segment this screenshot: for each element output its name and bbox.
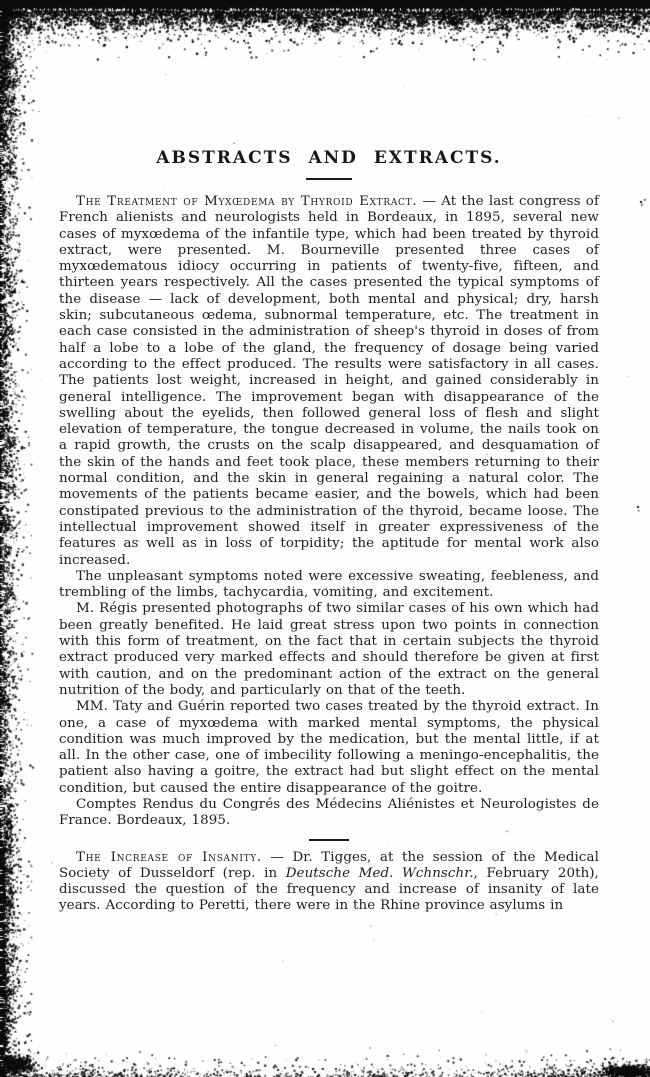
scanned-page: ABSTRACTS AND EXTRACTS. The Treatment of… bbox=[0, 0, 650, 1077]
paragraph: MM. Taty and Guérin reported two cases t… bbox=[59, 699, 599, 797]
text-segment: — At the last congress of French alienis… bbox=[59, 194, 599, 568]
article-body: The Treatment of Myxœdema by Thyroid Ext… bbox=[59, 194, 599, 915]
text-segment: Comptes Rendus du Congrés des Médecins A… bbox=[59, 797, 599, 828]
text-segment-smallcaps: The Treatment of Myxœdema by Thyroid Ext… bbox=[76, 194, 417, 209]
section-divider bbox=[309, 839, 349, 841]
paragraph: The unpleasant symptoms noted were exces… bbox=[59, 569, 599, 602]
paragraph: M. Régis presented photographs of two si… bbox=[59, 601, 599, 699]
text-segment: The unpleasant symptoms noted were exces… bbox=[59, 569, 599, 600]
text-segment-italic: Deutsche Med. Wchnschr. bbox=[286, 866, 474, 881]
text-segment: M. Régis presented photographs of two si… bbox=[59, 601, 599, 697]
page-title: ABSTRACTS AND EXTRACTS. bbox=[59, 148, 599, 168]
paragraph: The Increase of Insanity. — Dr. Tigges, … bbox=[59, 850, 599, 915]
paragraph: The Treatment of Myxœdema by Thyroid Ext… bbox=[59, 194, 599, 569]
text-segment: MM. Taty and Guérin reported two cases t… bbox=[59, 699, 599, 795]
title-rule bbox=[306, 178, 352, 180]
text-segment-smallcaps: The Increase of Insanity. bbox=[76, 850, 262, 865]
page-content: ABSTRACTS AND EXTRACTS. The Treatment of… bbox=[59, 148, 599, 915]
paragraph: Comptes Rendus du Congrés des Médecins A… bbox=[59, 797, 599, 830]
